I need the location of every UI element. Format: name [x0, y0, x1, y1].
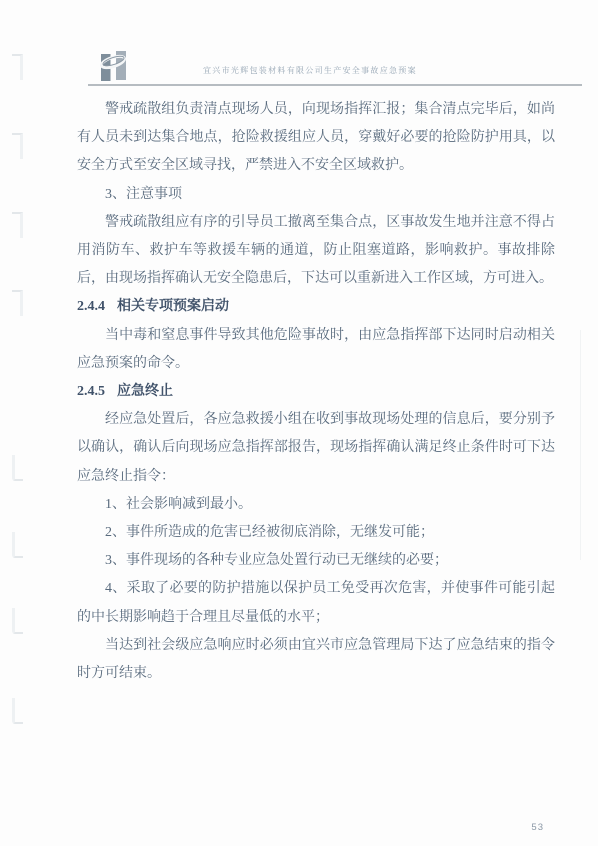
section-heading: 2.4.4相关专项预案启动: [77, 293, 555, 321]
list-item: 2、事件所造成的危害已经被彻底消除，无继发可能；: [77, 519, 555, 547]
document-page: 宜兴市光辉包装材料有限公司生产安全事故应急预案 警戒疏散组负责清点现场人员，向现…: [0, 0, 598, 846]
section-number: 2.4.5: [77, 384, 105, 399]
page-number: 53: [531, 822, 544, 833]
list-item: 3、注意事项: [77, 181, 555, 209]
section-number: 2.4.4: [77, 299, 105, 314]
section-title: 相关专项预案启动: [117, 299, 229, 314]
list-item: 4、采取了必要的防护措施以保护员工免受再次危害，并使事件可能引起的中长期影响趋于…: [77, 575, 555, 631]
scan-edge-line: [580, 330, 581, 560]
section-heading: 2.4.5应急终止: [77, 378, 555, 406]
scan-binding-mark: [12, 455, 23, 481]
scan-binding-mark: [12, 532, 23, 558]
paragraph: 当中毒和窒息事件导致其他危险事故时，由应急指挥部下达同时启动相关应急预案的命令。: [77, 322, 555, 378]
list-item: 3、事件现场的各种专业应急处置行动已无继续的必要；: [77, 547, 555, 575]
paragraph: 警戒疏散组负责清点现场人员，向现场指挥汇报；集合清点完毕后，如尚有人员未到达集合…: [77, 96, 555, 181]
document-header-title: 宜兴市光辉包装材料有限公司生产安全事故应急预案: [203, 65, 417, 76]
scan-binding-mark: [12, 698, 23, 724]
list-item: 1、社会影响减到最小。: [77, 491, 555, 519]
paragraph: 警戒疏散组应有序的引导员工撤离至集合点，区事故发生地并注意不得占用消防车、救护车…: [77, 209, 555, 294]
section-title: 应急终止: [117, 384, 173, 399]
scan-binding-mark: [12, 133, 23, 159]
scan-binding-mark: [12, 54, 23, 80]
scan-binding-mark: [12, 608, 23, 634]
company-logo-icon: [100, 51, 127, 82]
paragraph: 经应急处置后，各应急救援小组在收到事故现场处理的信息后，要分别予以确认，确认后向…: [77, 406, 555, 491]
header-rule: [88, 84, 582, 86]
scan-binding-mark: [12, 290, 23, 316]
document-body: 警戒疏散组负责清点现场人员，向现场指挥汇报；集合清点完毕后，如尚有人员未到达集合…: [77, 96, 555, 688]
scan-binding-mark: [12, 212, 23, 238]
paragraph: 当达到社会级应急响应时必须由宜兴市应急管理局下达了应急结束的指令时方可结束。: [77, 632, 555, 688]
